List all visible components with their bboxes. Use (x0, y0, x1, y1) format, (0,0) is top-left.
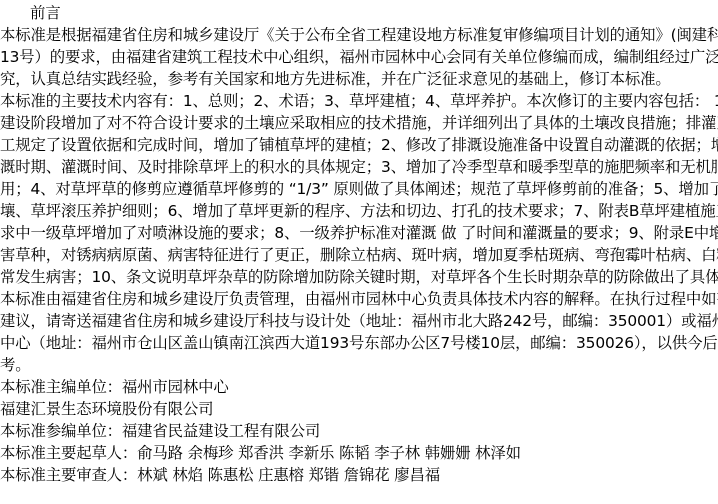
text-line: 本标准的主要技术内容有：1、总则；2、术语；3、草坪建植；4、草坪养护。本次修订… (0, 90, 718, 112)
paragraph-drafters: 本标准主要起草人：俞马路 余梅珍 郑香洪 李新乐 陈韬 李子林 韩姗姗 林泽如 (0, 442, 718, 464)
text-line: 建设阶段增加了对不符合设计要求的土壤应采取相应的技术措施，并详细列出了具体的土壤… (0, 112, 718, 134)
text-line: 本标准主编单位：福州市园林中心 (0, 376, 718, 398)
text-line: 考。 (0, 354, 718, 376)
text-line: 本标准主要起草人：俞马路 余梅珍 郑香洪 李新乐 陈韬 李子林 韩姗姗 林泽如 (0, 442, 718, 464)
text-line: 壤、草坪滚压养护细则；6、增加了草坪更新的程序、方法和切边、打孔的技术要求；7、… (0, 200, 718, 222)
paragraph-participating-unit: 本标准参编单位：福建省民益建设工程有限公司 (0, 420, 718, 442)
text-line: 究，认真总结实践经验，参考有关国家和地方先进标准，并在广泛征求意见的基础上，修订… (0, 68, 718, 90)
text-line: 本标准由福建省住房和城乡建设厅负责管理，由福州市园林中心负责具体技术内容的解释。… (0, 288, 718, 310)
text-line: 常发生病害；10、条文说明草坪杂草的防除增加防除关键时期，对草坪各个生长时期杂草… (0, 266, 718, 288)
text-line: 工规定了设置依据和完成时间，增加了铺植草坪的建植；2、修改了排溉设施准备中设置自… (0, 134, 718, 156)
text-line: 害草种，对锈病病原菌、病害特征进行了更正，删除立枯病、斑叶病，增加夏季枯斑病、弯… (0, 244, 718, 266)
text-line: 福建汇景生态环境股份有限公司 (0, 398, 718, 420)
text-line: 建议，请寄送福建省住房和城乡建设厅科技与设计处（地址：福州市北大路242号，邮编… (0, 310, 718, 332)
text-line: 本标准主要审查人：林斌 林焰 陈惠松 庄惠榕 郑锴 詹锦花 廖昌福 (0, 464, 718, 486)
text-line: 求中一级草坪增加了对喷淋设施的要求；8、一级养护标准对灌溉 做 了时间和灌溉量的… (0, 222, 718, 244)
document: 前言 本标准是根据福建省住房和城乡建设厅《关于公布全省工程建设地方标准复审修编项… (0, 0, 718, 486)
text-line: 中心（地址：福州市仓山区盖山镇南江滨西大道193号东部办公区7号楼10层，邮编：… (0, 332, 718, 354)
text-line: 溉时期、灌溉时间、及时排除草坪上的积水的具体规定；3、增加了冷季型草和暖季型草的… (0, 156, 718, 178)
text-line: 本标准是根据福建省住房和城乡建设厅《关于公布全省工程建设地方标准复审修编项目计划… (0, 24, 718, 46)
text-line: 用；4、对草坪草的修剪应遵循草坪修剪的 “1/3” 原则做了具体阐述；规范了草坪… (0, 178, 718, 200)
document-title: 前言 (0, 2, 718, 24)
text-line: 本标准参编单位：福建省民益建设工程有限公司 (0, 420, 718, 442)
paragraph-management: 本标准由福建省住房和城乡建设厅负责管理，由福州市园林中心负责具体技术内容的解释。… (0, 288, 718, 376)
paragraph-reviewers: 本标准主要审查人：林斌 林焰 陈惠松 庄惠榕 郑锴 詹锦花 廖昌福 (0, 464, 718, 486)
paragraph-main-content: 本标准的主要技术内容有：1、总则；2、术语；3、草坪建植；4、草坪养护。本次修订… (0, 90, 718, 288)
paragraph-chief-editor: 本标准主编单位：福州市园林中心 福建汇景生态环境股份有限公司 (0, 376, 718, 420)
paragraph-basis: 本标准是根据福建省住房和城乡建设厅《关于公布全省工程建设地方标准复审修编项目计划… (0, 24, 718, 90)
text-line: 13号）的要求，由福建省建筑工程技术中心组织，福州市园林中心会同有关单位修编而成… (0, 46, 718, 68)
